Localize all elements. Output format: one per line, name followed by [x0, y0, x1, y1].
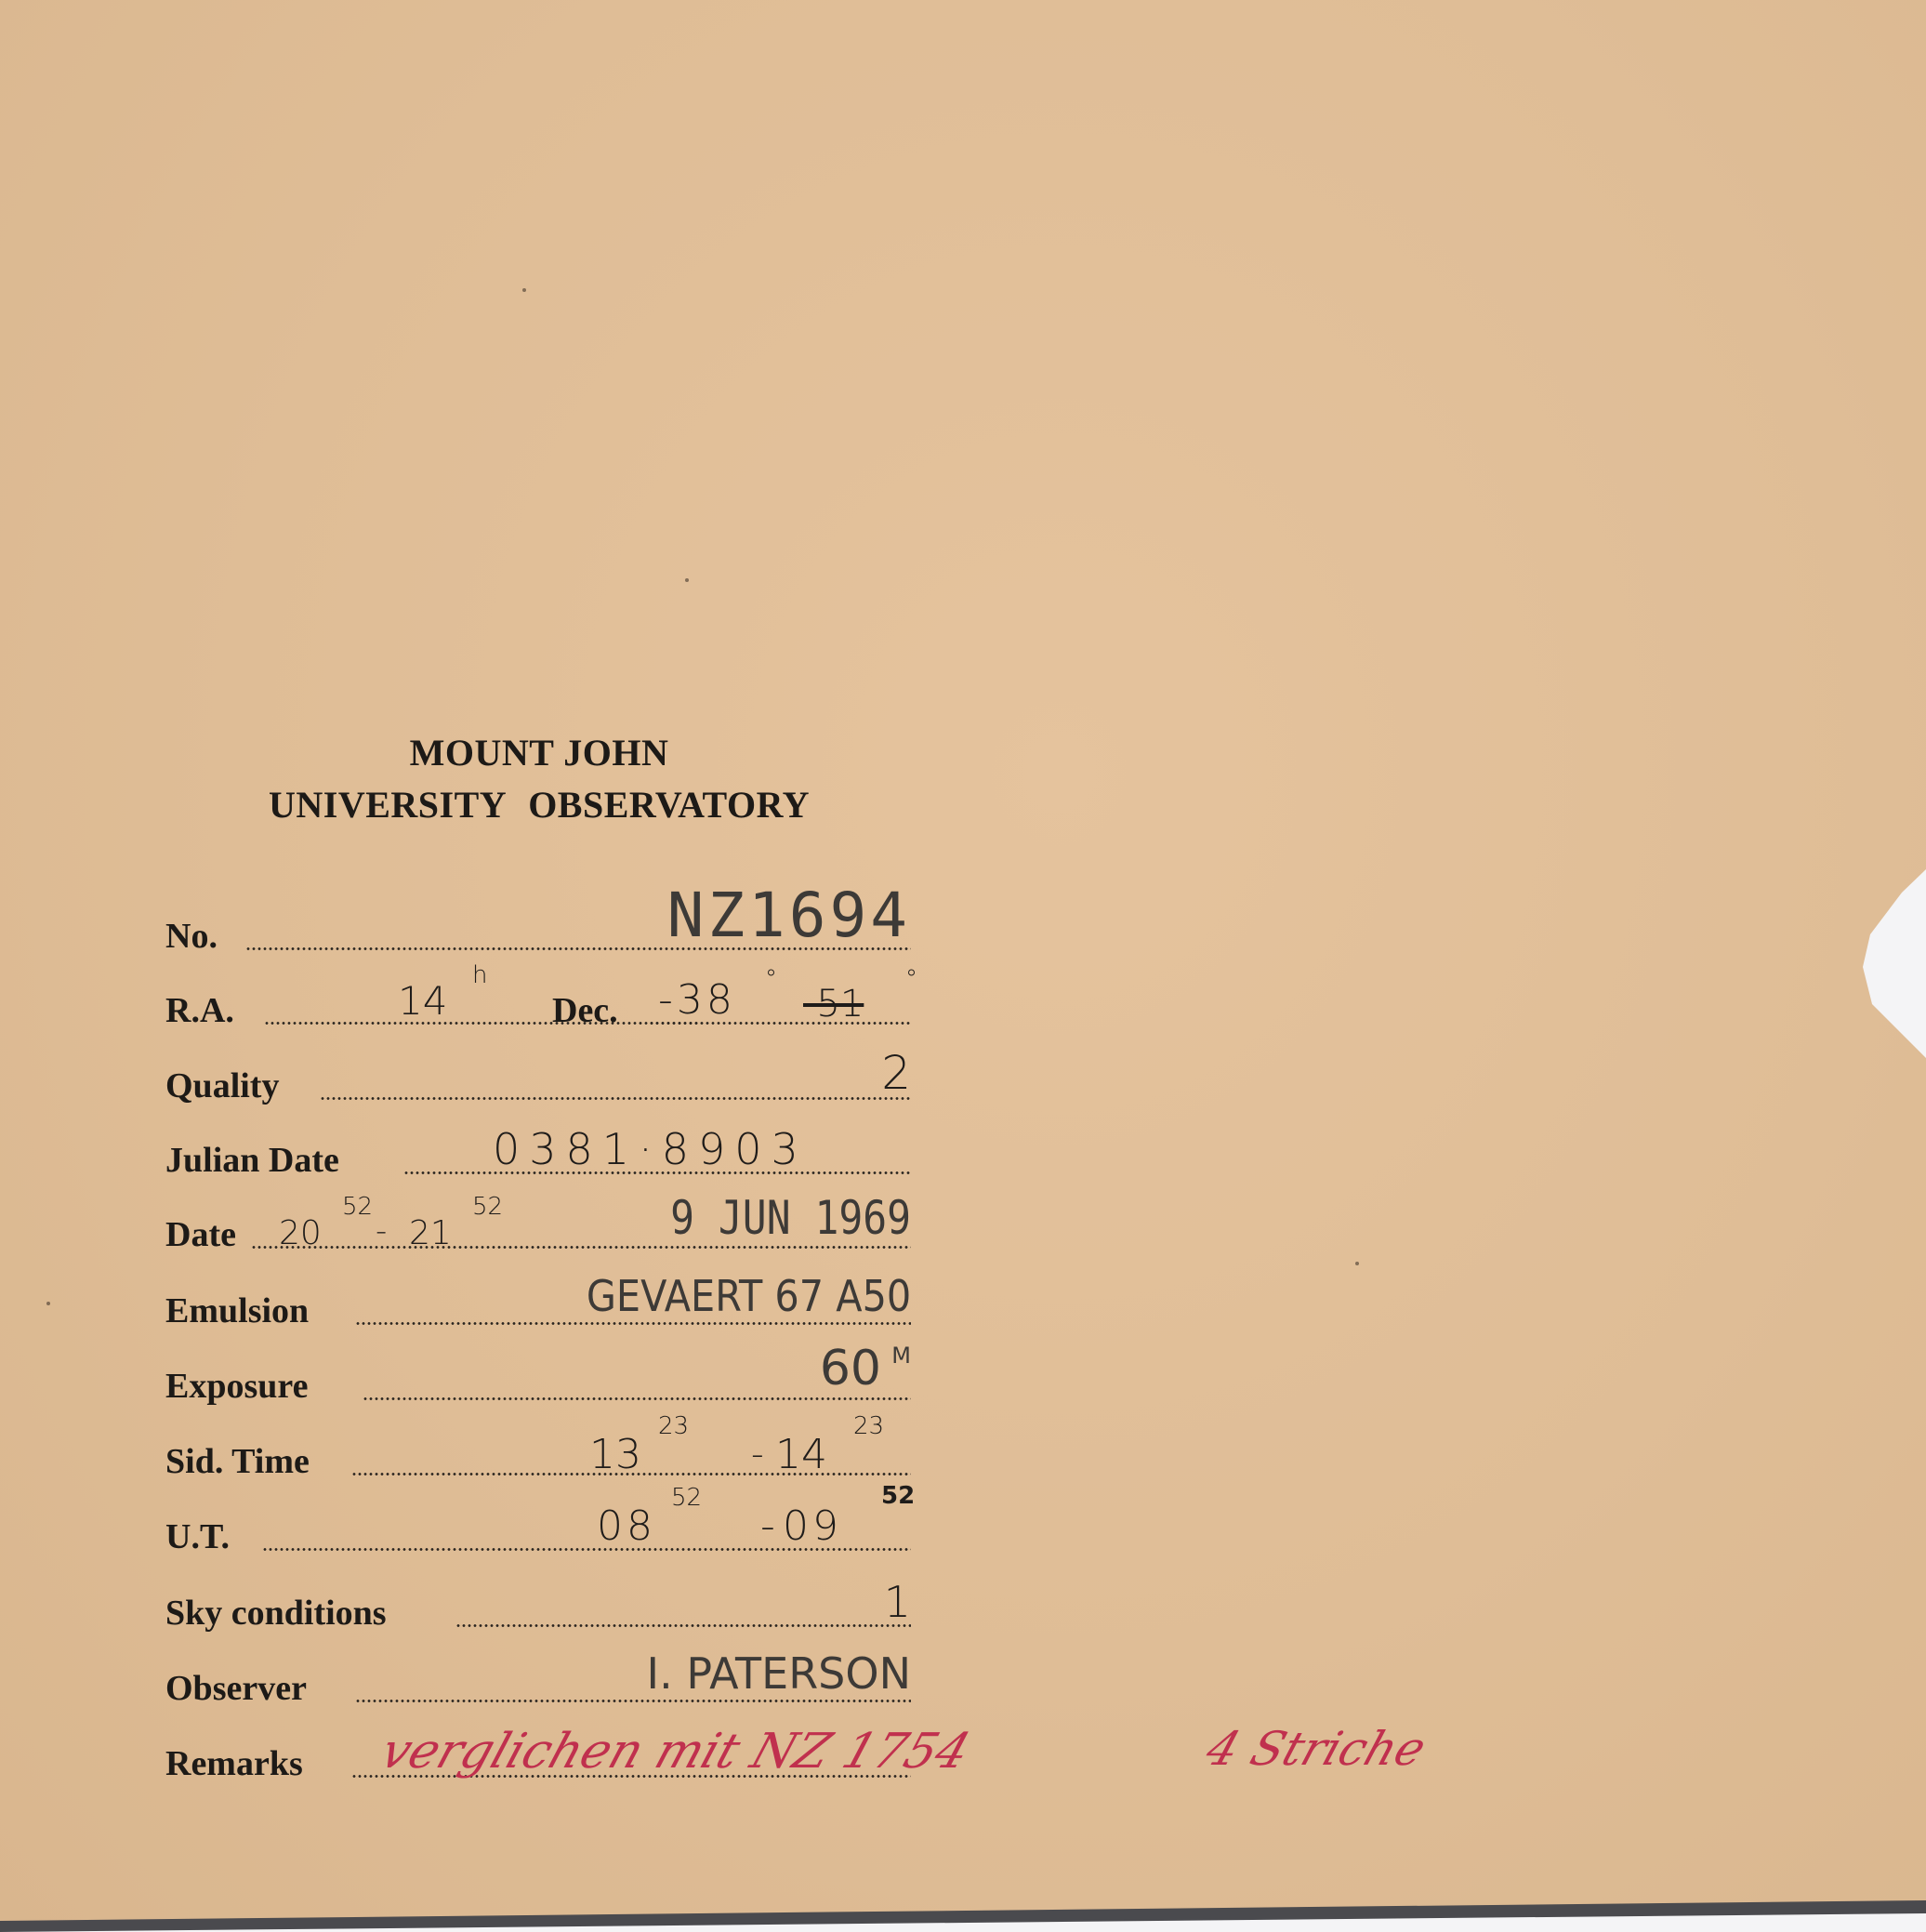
- plate-envelope: [0, 0, 1926, 1932]
- sid-time-end: 14: [775, 1435, 827, 1475]
- field-no: No. NZ1694: [165, 898, 911, 954]
- label-no: No.: [165, 919, 218, 954]
- dotted-line: [355, 1700, 911, 1702]
- remarks-value: verglichen mit NZ 1754: [376, 1727, 976, 1776]
- dotted-line: [355, 1322, 911, 1325]
- emulsion-value: GEVAERT 67 A50: [587, 1275, 911, 1317]
- dotted-line: [320, 1097, 911, 1100]
- dust-speck: [1355, 1262, 1359, 1265]
- label-sky-conditions: Sky conditions: [165, 1595, 387, 1631]
- ut-end-with-dash: -: [760, 1506, 779, 1547]
- sid-time-start: 13: [589, 1435, 641, 1475]
- dotted-line: [251, 1246, 911, 1249]
- julian-date-value: 0381·8903: [493, 1128, 808, 1171]
- dotted-line: [363, 1397, 911, 1400]
- date-time-end-sup: 52: [472, 1195, 503, 1219]
- label-exposure: Exposure: [165, 1369, 308, 1404]
- date-time-start-sup: 52: [342, 1195, 373, 1219]
- field-sky-conditions: Sky conditions 1: [165, 1575, 911, 1631]
- date-time-start: 20: [279, 1217, 322, 1251]
- plate-number-value: NZ1694: [667, 885, 911, 946]
- dust-speck: [522, 288, 526, 292]
- exposure-unit: M: [891, 1344, 911, 1367]
- dec-struck-value: -51: [803, 986, 864, 1023]
- dotted-line: [455, 1624, 911, 1627]
- observatory-name-line2: UNIVERSITY OBSERVATORY: [223, 783, 855, 827]
- remarks-note: 4 Striche: [1201, 1726, 1431, 1772]
- dust-speck: [685, 578, 689, 582]
- ut-end: 09: [783, 1506, 842, 1547]
- dec-unit: °: [765, 967, 777, 991]
- sid-time-dash: -: [751, 1436, 764, 1472]
- label-julian-date: Julian Date: [165, 1143, 339, 1178]
- dust-speck: [46, 1302, 50, 1305]
- field-emulsion: Emulsion GEVAERT 67 A50: [165, 1273, 911, 1329]
- ra-unit: h: [472, 963, 487, 987]
- quality-value: 2: [881, 1050, 911, 1096]
- dotted-line: [264, 1022, 701, 1025]
- sid-time-start-sup: 23: [658, 1414, 689, 1438]
- ut-end-sup: 52: [881, 1484, 915, 1508]
- ut-start-sup: 52: [671, 1486, 702, 1510]
- field-exposure: Exposure 60 M: [165, 1348, 911, 1404]
- label-quality: Quality: [165, 1068, 279, 1104]
- field-quality: Quality 2: [165, 1048, 911, 1104]
- date-time-end: 21: [409, 1217, 452, 1251]
- label-ut: U.T.: [165, 1519, 230, 1555]
- dec-value: -38: [658, 980, 736, 1021]
- dec-struck-unit: °: [905, 967, 917, 991]
- field-ra-dec: R.A. 14 h Dec. -38 ° -51 °: [165, 973, 911, 1028]
- observatory-name-line1: MOUNT JOHN: [223, 731, 855, 774]
- label-emulsion: Emulsion: [165, 1293, 309, 1329]
- field-sid-time: Sid. Time 13 23 - 14 23: [165, 1423, 911, 1479]
- field-date: Date 20 52 - 21 52 9 JUN 1969: [165, 1197, 911, 1252]
- date-dash: -: [376, 1215, 387, 1247]
- observer-value: I. PATERSON: [647, 1652, 911, 1695]
- field-ut: U.T. 08 52 - 09 52: [165, 1499, 911, 1555]
- label-observer: Observer: [165, 1671, 307, 1706]
- ut-start: 08: [597, 1506, 656, 1547]
- date-value: 9 JUN 1969: [670, 1195, 911, 1241]
- field-observer: Observer I. PATERSON: [165, 1650, 911, 1706]
- label-dec: Dec.: [552, 993, 618, 1028]
- label-sid-time: Sid. Time: [165, 1444, 310, 1479]
- label-date: Date: [165, 1217, 236, 1252]
- label-remarks: Remarks: [165, 1746, 303, 1781]
- sid-time-end-sup: 23: [853, 1414, 884, 1438]
- label-ra: R.A.: [165, 993, 234, 1028]
- ra-value: 14: [398, 982, 447, 1021]
- exposure-value: 60: [820, 1344, 881, 1393]
- field-julian-date: Julian Date 0381·8903: [165, 1122, 911, 1178]
- sky-conditions-value: 1: [884, 1581, 911, 1623]
